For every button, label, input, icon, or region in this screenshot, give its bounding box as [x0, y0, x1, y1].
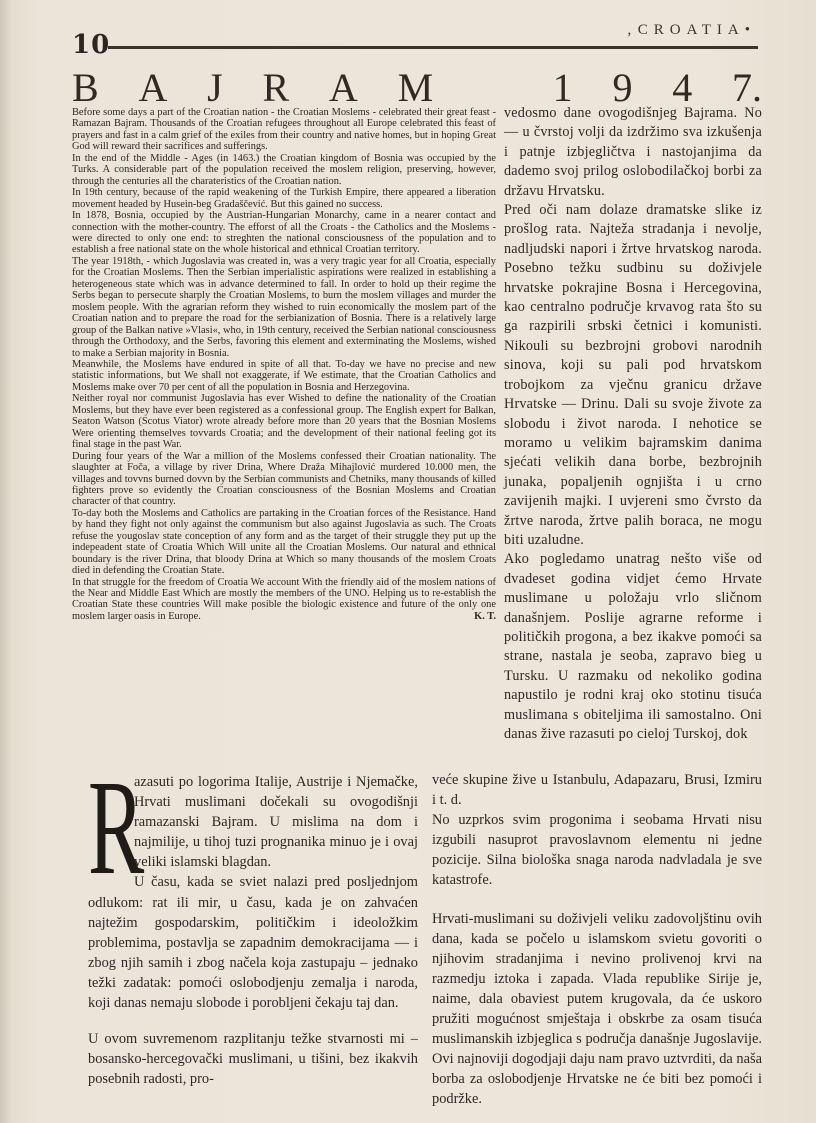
croatian-column-bottom-left: R azasuti po logorima Italije, Austrije … [88, 772, 418, 1089]
title-letter: B [72, 64, 99, 111]
paragraph: Before some days a part of the Croatian … [72, 107, 496, 153]
paragraph: Hrvati-muslimani su doživjeli veliku zad… [432, 909, 762, 1110]
paragraph: Neither royal nor communist Jugoslavia h… [72, 393, 496, 450]
paragraph: In 1878, Bosnia, occupied by the Austria… [72, 210, 496, 256]
paragraph: vedosmo dane ovogodišnjeg Bajrama. No — … [504, 104, 762, 201]
paragraph: The year 1918th, - which Jugoslavia was … [72, 256, 496, 359]
drop-cap: R [88, 778, 109, 882]
paragraph: During four years of the War a million o… [72, 451, 496, 508]
newspaper-page: 10 ‚CROATIA• B A J R A M 1 9 4 7. Before… [0, 0, 816, 1123]
croatian-column-bottom-right: veće skupine žive u Istanbulu, Adapazaru… [432, 770, 762, 1110]
croatian-column-top-right: vedosmo dane ovogodišnjeg Bajrama. No — … [504, 104, 762, 744]
title-letter: R [262, 64, 289, 111]
page-number: 10 [72, 30, 110, 60]
title-letter: A [329, 64, 358, 111]
paragraph: In 19th century, because of the rapid we… [72, 187, 496, 210]
title-letter: M [398, 64, 434, 111]
english-article-column: Before some days a part of the Croatian … [72, 107, 496, 623]
masthead: ‚CROATIA• [627, 22, 756, 39]
title-letter: J [207, 64, 223, 111]
paragraph: Ako pogledamo unatrag nešto više od dvad… [504, 550, 762, 744]
title-letter: A [138, 64, 167, 111]
paragraph: U ovom suvremenom razplitanju težke stva… [88, 1029, 418, 1089]
paragraph: veće skupine žive u Istanbulu, Adapazaru… [432, 770, 762, 810]
header-rule [108, 46, 758, 49]
paragraph: Meanwhile, the Moslems have endured in s… [72, 359, 496, 393]
paragraph: To-day both the Moslems and Catholics ar… [72, 508, 496, 577]
paragraph: No uzprkos svim progonima i seobama Hrva… [432, 810, 762, 890]
paragraph: Pred oči nam dolaze dramatske slike iz p… [504, 201, 762, 550]
paragraph: In the end of the Middle - Ages (in 1463… [72, 153, 496, 187]
